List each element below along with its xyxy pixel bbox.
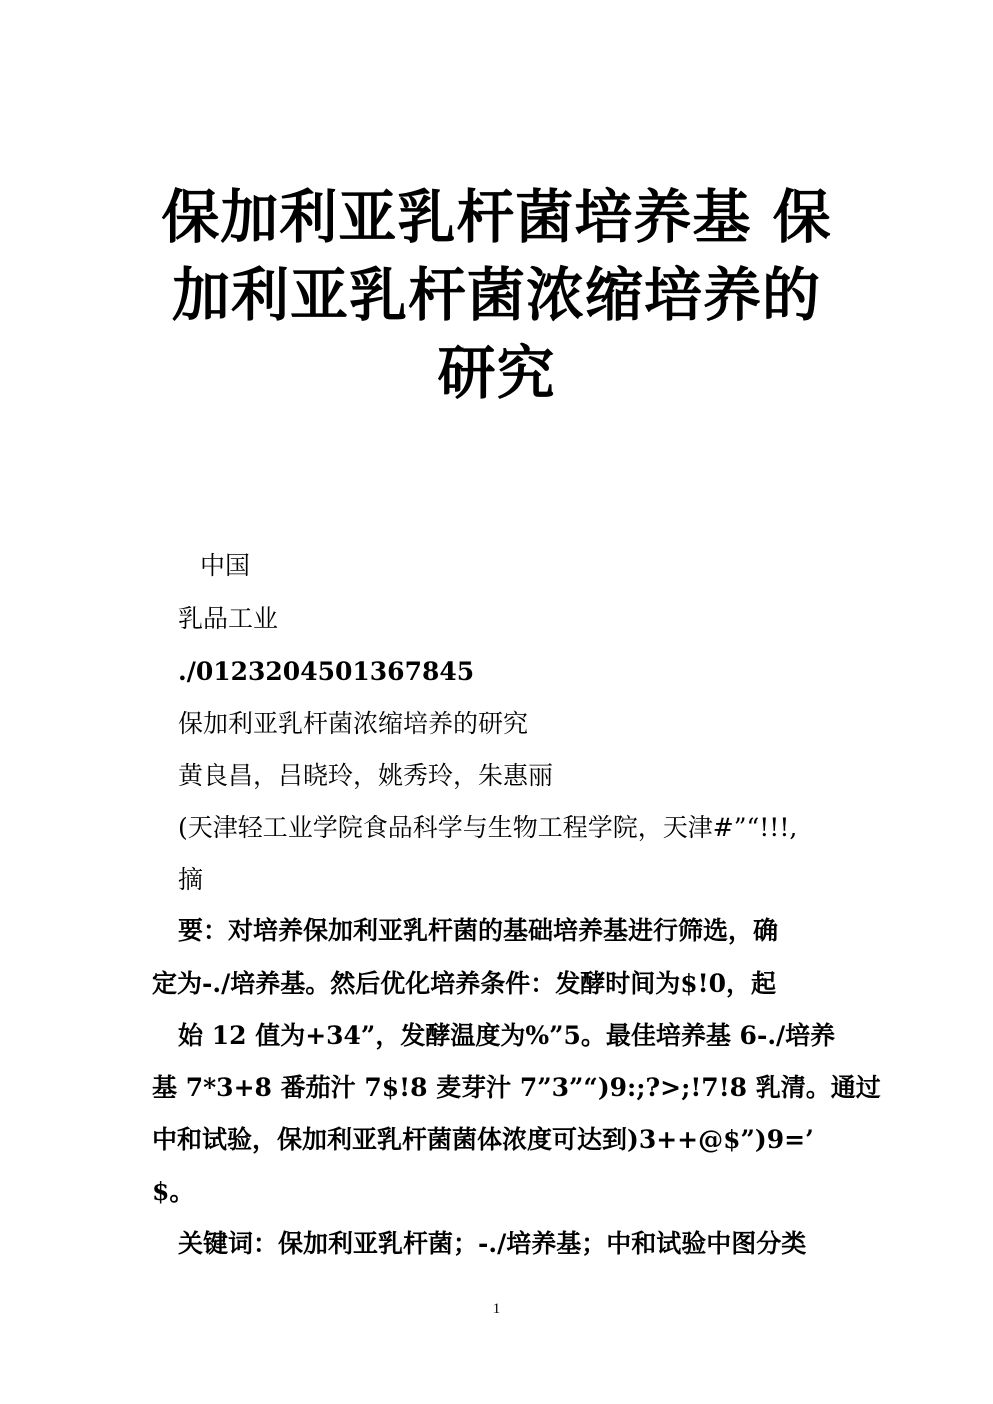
affiliation: (天津轻工业学院食品科学与生物工程学院，天津#”“!!!, [178,813,797,843]
abstract-line-1: 要：对培养保加利亚乳杆菌的基础培养基进行筛选，确 [178,916,778,946]
title-line-1: 保加利亚乳杆菌培养基 保 [140,178,853,256]
abstract-label: 摘 [178,865,203,895]
abstract-line-4: 基 7*3+8 番茄汁 7$!8 麦芽汁 7”3”“)9:;?>;!7!8 乳清… [152,1073,881,1103]
journal-name: 乳品工业 [178,604,278,634]
authors: 黄良昌，吕晓玲，姚秀玲，朱惠丽 [178,761,553,791]
document-page: 保加利亚乳杆菌培养基 保 加利亚乳杆菌浓缩培养的 研究 中国 乳品工业 ./01… [0,0,993,1404]
title-line-2: 加利亚乳杆菌浓缩培养的 [140,256,853,334]
document-title: 保加利亚乳杆菌培养基 保 加利亚乳杆菌浓缩培养的 研究 [140,178,853,412]
abstract-line-5: 中和试验，保加利亚乳杆菌菌体浓度可达到)3++@$”)9=’ [152,1125,814,1155]
journal-country: 中国 [200,551,250,581]
page-number: 1 [0,1301,993,1318]
abstract-line-6: $。 [152,1177,194,1207]
abstract-line-3: 始 12 值为+34”，发酵温度为%”5。最佳培养基 6-./培养 [178,1021,835,1051]
keywords: 关键词：保加利亚乳杆菌；-./培养基；中和试验中图分类 [178,1229,806,1259]
abstract-line-2: 定为-./培养基。然后优化培养条件：发酵时间为$!0，起 [152,969,776,999]
title-line-3: 研究 [140,334,853,412]
article-title: 保加利亚乳杆菌浓缩培养的研究 [178,709,528,739]
document-code: ./0123204501367845 [178,657,474,687]
